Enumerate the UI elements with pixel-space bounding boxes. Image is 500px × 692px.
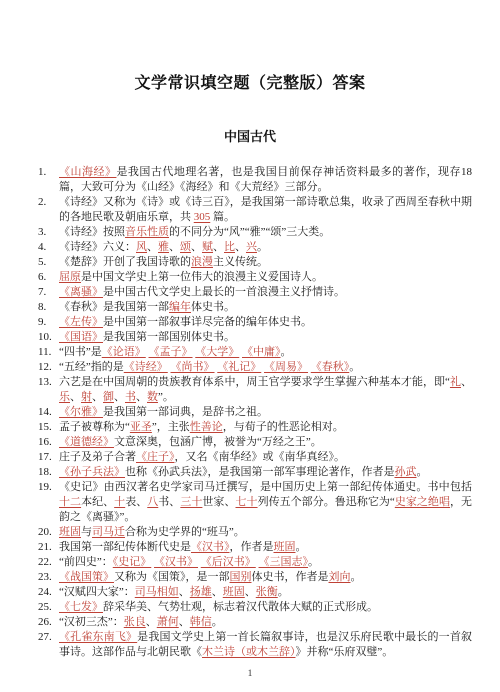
item-number: 1.: [38, 165, 59, 195]
item-text: 《离骚》是中国古代文学史上最长的一首浪漫主义抒情诗。: [59, 285, 472, 300]
item-text: 《诗经》按照音乐性质的不同分为“风”“雅”“颂”三大类。: [59, 225, 472, 240]
answer-text: 张衡: [256, 586, 278, 598]
item-number: 23.: [38, 570, 59, 585]
list-item: 21.我国第一部纪传体断代史是《汉书》，作者是班固。: [38, 540, 472, 555]
list-item: 23.《战国策》又称为《国策》，是一部国别体史书，作者是刘向。: [38, 570, 472, 585]
item-text: 《道德经》文意深奥，包涵广博，被誉为“万经之王”。: [59, 435, 472, 450]
page-number: 1: [0, 669, 500, 679]
answer-text: 《中庸》: [242, 346, 281, 358]
list-item: 3.《诗经》按照音乐性质的不同分为“风”“雅”“颂”三大类。: [38, 225, 472, 240]
question-text: 、: [245, 586, 256, 598]
answer-text: 《尔雅》: [59, 406, 103, 418]
list-item: 20.班固与司马迁合称为史学界的“班马”。: [38, 525, 472, 540]
list-item: 16.《道德经》文意深奥，包涵广博，被誉为“万经之王”。: [38, 435, 472, 450]
answer-text: 《孟子》: [149, 346, 193, 358]
question-text: “四书”是: [59, 346, 102, 358]
item-text: 庄子及弟子合著《庄子》，又名《南华经》或《南华真经》。: [59, 450, 472, 465]
answer-text: 孙武: [395, 466, 417, 478]
question-text: 文意深奥，包涵广博，被誉为“万经之王”。: [114, 436, 322, 448]
answer-text: 司马相如: [135, 586, 179, 598]
list-item: 8.《春秋》是我国第一部编年体史书。: [38, 300, 472, 315]
item-text: 《孙子兵法》也称《孙武兵法》，是我国第一部军事理论著作，作者是孙武。: [59, 465, 472, 480]
question-text: 体史书。: [191, 301, 235, 313]
item-number: 3.: [38, 225, 59, 240]
item-number: 6.: [38, 270, 59, 285]
question-text: 书、: [158, 496, 180, 508]
question-text: 、: [179, 616, 190, 628]
item-number: 12.: [38, 360, 59, 375]
answer-text: 韩信: [190, 616, 212, 628]
item-number: 13.: [38, 375, 59, 405]
question-text: ”。: [158, 391, 174, 403]
item-text: 《诗经》六义：风、雅、颂、赋、比、兴。: [59, 240, 472, 255]
question-text: 、: [461, 376, 472, 388]
list-item: 5.《楚辞》开创了我国诗歌的浪漫主义传统。: [38, 255, 472, 270]
answer-text: 音乐性质: [125, 226, 169, 238]
answer-text: 司马迁: [92, 526, 125, 538]
question-text: 、: [114, 391, 125, 403]
answer-text: 御: [103, 391, 114, 403]
question-text: 、: [70, 391, 81, 403]
section-title: 中国古代: [0, 126, 500, 145]
answer-text: 浪漫: [191, 256, 213, 268]
answer-text: 兴: [246, 241, 257, 253]
question-text: “五经”指的是: [59, 361, 124, 373]
question-text: 。: [212, 616, 223, 628]
question-text: “汉初三杰”：: [59, 616, 124, 628]
question-text: 主义传统。: [213, 256, 268, 268]
question-text: 。: [296, 541, 307, 553]
answer-text: 《礼记》: [217, 361, 261, 373]
question-text: 我国第一部纪传体断代史是: [59, 541, 191, 553]
item-text: 《左传》是中国第一部叙事详尽完备的编年体史书。: [59, 315, 472, 330]
answer-text: 风: [136, 241, 147, 253]
list-item: 13.六艺是在中国周朝的贵族教育体系中，周王官学要求学生掌握六种基本才能，即“礼…: [38, 375, 472, 405]
item-text: 班固与司马迁合称为史学界的“班马”。: [59, 525, 472, 540]
question-text: 。: [257, 241, 268, 253]
answer-text: 《离骚》: [59, 286, 103, 298]
item-number: 27.: [38, 630, 59, 660]
document-page: 文学常识填空题（完整版）答案 中国古代 1.《山海经》是我国古代地理名著，也是我…: [0, 0, 500, 660]
list-item: 6.屈原是中国文学史上第一位伟大的浪漫主义爱国诗人。: [38, 270, 472, 285]
answer-text: 亚圣: [130, 421, 152, 433]
item-number: 22.: [38, 555, 59, 570]
item-text: 《尔雅》是我国第一部词典，是辞书之祖。: [59, 405, 472, 420]
answer-text: 《汉书》: [154, 556, 198, 568]
answer-text: 颂: [180, 241, 191, 253]
item-number: 5.: [38, 255, 59, 270]
item-number: 4.: [38, 240, 59, 255]
answer-text: 《诗经》: [124, 361, 168, 373]
question-text: 辞采华美、气势壮观，标志着汉代散体大赋的正式形成。: [103, 601, 378, 613]
answer-text: 《论语》: [102, 346, 146, 358]
item-number: 26.: [38, 615, 59, 630]
answer-text: 十: [114, 496, 125, 508]
list-item: 22.“前四史”：《史记》 《汉书》 《后汉书》 《三国志》。: [38, 555, 472, 570]
list-item: 27.《孔雀东南飞》是我国文学史上第一首长篇叙事诗，也是汉乐府民歌中最长的一首叙…: [38, 630, 472, 660]
question-text: 六艺是在中国周朝的贵族教育体系中，周王官学要求学生掌握六种基本才能，即“: [59, 376, 450, 388]
item-number: 17.: [38, 450, 59, 465]
question-text: 是我国第一部词典，是辞书之祖。: [103, 406, 268, 418]
question-text: ，作者是: [230, 541, 274, 553]
list-item: 19.《史记》由西汉著名史学家司马迁撰写，是中国历史上第一部纪传体通史。书中包括…: [38, 480, 472, 525]
question-text: 。: [351, 571, 362, 583]
answer-text: 《孔雀东南飞》: [59, 631, 137, 643]
question-text: 孟子被尊称为“: [59, 421, 130, 433]
answer-text: 班固: [223, 586, 245, 598]
question-text: 、: [179, 586, 190, 598]
item-number: 8.: [38, 300, 59, 315]
question-text: 是中国古代文学史上最长的一首浪漫主义抒情诗。: [103, 286, 345, 298]
question-text: 列传五个部分。鲁迅称它为“: [258, 496, 395, 508]
answer-text: 《周易》: [264, 361, 308, 373]
item-text: 《诗经》又称为《诗》或《诗三百》，是我国第一部诗歌总集，收录了西周至春秋中期的各…: [59, 195, 472, 225]
list-item: 24.“汉赋四大家”：司马相如、扬雄、班固、张衡。: [38, 585, 472, 600]
item-number: 20.: [38, 525, 59, 540]
answer-text: 萧何: [157, 616, 179, 628]
answer-text: 《道德经》: [59, 436, 114, 448]
question-text: 表、: [125, 496, 147, 508]
answer-text: 班固: [274, 541, 296, 553]
item-text: “四书”是《论语》 《孟子》 《大学》 《中庸》。: [59, 345, 472, 360]
question-text: 《诗经》六义：: [59, 241, 136, 253]
answer-text: 射: [81, 391, 92, 403]
list-item: 12.“五经”指的是《诗经》 《尚书》 《礼记》 《周易》 《春秋》。: [38, 360, 472, 375]
item-text: 我国第一部纪传体断代史是《汉书》，作者是班固。: [59, 540, 472, 555]
item-text: “五经”指的是《诗经》 《尚书》 《礼记》 《周易》 《春秋》。: [59, 360, 472, 375]
question-text: 、: [213, 241, 224, 253]
answer-text: 《七发》: [59, 601, 103, 613]
item-number: 9.: [38, 315, 59, 330]
item-number: 15.: [38, 420, 59, 435]
item-text: 《国语》是我国第一部国别体史书。: [59, 330, 472, 345]
list-item: 15.孟子被尊称为“亚圣”，主张性善论，与荀子的性恶论相对。: [38, 420, 472, 435]
question-text: 又称为《国策》，是一部: [114, 571, 230, 583]
question-text: 《诗经》又称为《诗》或《诗三百》，是我国第一部诗歌总集，收录了西周至春秋中期的各…: [59, 196, 472, 223]
item-text: 《春秋》是我国第一部编年体史书。: [59, 300, 472, 315]
question-text: 篇。: [210, 211, 235, 223]
item-text: 《史记》由西汉著名史学家司马迁撰写，是中国历史上第一部纪传体通史。书中包括十二本…: [59, 480, 472, 525]
answer-text: 班固: [59, 526, 81, 538]
question-text: 也称《孙武兵法》，是我国第一部军事理论著作，作者是: [125, 466, 395, 478]
answer-text: 七十: [236, 496, 258, 508]
item-number: 19.: [38, 480, 59, 525]
answer-text: 刘向: [329, 571, 351, 583]
answer-text: 《汉书》: [191, 541, 230, 553]
answer-text: 性善论: [190, 421, 223, 433]
answer-text: 乐: [59, 391, 70, 403]
list-item: 2.《诗经》又称为《诗》或《诗三百》，是我国第一部诗歌总集，收录了西周至春秋中期…: [38, 195, 472, 225]
answer-text: 《大学》: [195, 346, 239, 358]
question-text: 、: [191, 241, 202, 253]
list-item: 9.《左传》是中国第一部叙事详尽完备的编年体史书。: [38, 315, 472, 330]
question-text: 。: [308, 556, 319, 568]
question-text: ”，主张: [152, 421, 190, 433]
item-number: 21.: [38, 540, 59, 555]
question-text: 是我国古代地理名著，也是我国目前保存神话资料最多的著作，现存18篇，大致可分为《…: [59, 166, 472, 193]
item-text: 屈原是中国文学史上第一位伟大的浪漫主义爱国诗人。: [59, 270, 472, 285]
answer-text: 数: [147, 391, 158, 403]
question-text: 》并称“乐府双璧”。: [296, 646, 394, 658]
question-text: 。: [349, 361, 360, 373]
answer-text: 礼: [450, 376, 461, 388]
list-item: 10.《国语》是我国第一部国别体史书。: [38, 330, 472, 345]
item-number: 18.: [38, 465, 59, 480]
item-text: “前四史”：《史记》 《汉书》 《后汉书》 《三国志》。: [59, 555, 472, 570]
item-text: 孟子被尊称为“亚圣”，主张性善论，与荀子的性恶论相对。: [59, 420, 472, 435]
answer-text: 国别: [230, 571, 252, 583]
answer-text: 《三国志》: [259, 556, 309, 568]
question-text: 、: [169, 241, 180, 253]
question-text: 是中国第一部叙事详尽完备的编年体史书。: [103, 316, 312, 328]
question-text: 、: [136, 391, 147, 403]
answer-text: 《孙子兵法》: [59, 466, 125, 478]
list-item: 25.《七发》辞采华美、气势壮观，标志着汉代散体大赋的正式形成。: [38, 600, 472, 615]
item-number: 25.: [38, 600, 59, 615]
answer-text: 书: [125, 391, 136, 403]
item-text: “汉初三杰”：张良、萧何、韩信。: [59, 615, 472, 630]
question-text: 本纪、: [81, 496, 114, 508]
question-text: ，又名《南华经》或《南华真经》。: [175, 451, 346, 463]
item-number: 7.: [38, 285, 59, 300]
list-item: 4.《诗经》六义：风、雅、颂、赋、比、兴。: [38, 240, 472, 255]
list-item: 17.庄子及弟子合著《庄子》，又名《南华经》或《南华真经》。: [38, 450, 472, 465]
page-title: 文学常识填空题（完整版）答案: [0, 0, 500, 93]
numbered-list: 1.《山海经》是我国古代地理名著，也是我国目前保存神话资料最多的著作，现存18篇…: [38, 165, 472, 660]
answer-text: 《庄子》: [136, 451, 175, 463]
list-item: 14.《尔雅》是我国第一部词典，是辞书之祖。: [38, 405, 472, 420]
question-text: 《楚辞》开创了我国诗歌的: [59, 256, 191, 268]
answer-text: 《国语》: [59, 331, 103, 343]
question-text: 世家、: [202, 496, 235, 508]
answer-text: 《春秋》: [311, 361, 350, 373]
question-text: 、: [212, 586, 223, 598]
item-text: 《山海经》是我国古代地理名著，也是我国目前保存神话资料最多的著作，现存18篇，大…: [59, 165, 472, 195]
question-text: “前四史”：: [59, 556, 113, 568]
question-text: 《诗经》按照: [59, 226, 125, 238]
answer-text: 编年: [169, 301, 191, 313]
answer-text: 305: [194, 211, 211, 223]
item-text: 《七发》辞采华美、气势壮观，标志着汉代散体大赋的正式形成。: [59, 600, 472, 615]
question-text: 、: [146, 616, 157, 628]
answer-text: 张良: [124, 616, 146, 628]
item-number: 2.: [38, 195, 59, 225]
question-text: 是我国第一部国别体史书。: [103, 331, 235, 343]
question-text: “汉赋四大家”：: [59, 586, 135, 598]
list-item: 18.《孙子兵法》也称《孙武兵法》，是我国第一部军事理论著作，作者是孙武。: [38, 465, 472, 480]
item-text: 《楚辞》开创了我国诗歌的浪漫主义传统。: [59, 255, 472, 270]
question-text: 的不同分为“风”“雅”“颂”三大类。: [169, 226, 330, 238]
item-text: 六艺是在中国周朝的贵族教育体系中，周王官学要求学生掌握六种基本才能，即“礼、乐、…: [59, 375, 472, 405]
list-item: 7.《离骚》是中国古代文学史上最长的一首浪漫主义抒情诗。: [38, 285, 472, 300]
question-text: 、: [147, 241, 158, 253]
item-text: 《孔雀东南飞》是我国文学史上第一首长篇叙事诗，也是汉乐府民歌中最长的一首叙事诗。…: [59, 630, 472, 660]
list-item: 1.《山海经》是我国古代地理名著，也是我国目前保存神话资料最多的著作，现存18篇…: [38, 165, 472, 195]
question-text: 《史记》由西汉著名史学家司马迁撰写，是中国历史上第一部纪传体通史。书中包括: [59, 481, 472, 493]
question-text: 。: [278, 586, 289, 598]
answer-text: 《左传》: [59, 316, 103, 328]
question-text: 、: [92, 391, 103, 403]
question-text: ，与荀子的性恶论相对。: [223, 421, 344, 433]
question-text: 合称为史学界的“班马”。: [125, 526, 245, 538]
answer-text: 木兰诗（或木兰辞）: [202, 646, 296, 658]
question-text: 是中国文学史上第一位伟大的浪漫主义爱国诗人。: [81, 271, 323, 283]
answer-text: 史家之绝唱: [395, 496, 450, 508]
answer-text: 屈原: [59, 271, 81, 283]
question-text: 与: [81, 526, 92, 538]
item-number: 11.: [38, 345, 59, 360]
item-number: 24.: [38, 585, 59, 600]
answer-text: 三十: [180, 496, 202, 508]
answer-text: 扬雄: [190, 586, 212, 598]
item-number: 16.: [38, 435, 59, 450]
list-item: 11.“四书”是《论语》 《孟子》 《大学》 《中庸》。: [38, 345, 472, 360]
question-text: 体史书，作者是: [252, 571, 329, 583]
answer-text: 《战国策》: [59, 571, 114, 583]
answer-text: 比: [224, 241, 235, 253]
answer-text: 八: [147, 496, 158, 508]
question-text: 《春秋》是我国第一部: [59, 301, 169, 313]
item-text: 《战国策》又称为《国策》，是一部国别体史书，作者是刘向。: [59, 570, 472, 585]
item-number: 14.: [38, 405, 59, 420]
answer-text: 《后汉书》: [201, 556, 256, 568]
question-text: 。: [417, 466, 428, 478]
answer-text: 十二: [59, 496, 81, 508]
question-text: 、: [235, 241, 246, 253]
answer-text: 赋: [202, 241, 213, 253]
answer-text: 《山海经》: [59, 166, 116, 178]
answer-text: 雅: [158, 241, 169, 253]
answer-text: 《尚书》: [171, 361, 215, 373]
list-item: 26.“汉初三杰”：张良、萧何、韩信。: [38, 615, 472, 630]
question-text: 。: [281, 346, 292, 358]
item-text: “汉赋四大家”：司马相如、扬雄、班固、张衡。: [59, 585, 472, 600]
answer-text: 《史记》: [113, 556, 152, 568]
item-number: 10.: [38, 330, 59, 345]
question-text: 庄子及弟子合著: [59, 451, 136, 463]
